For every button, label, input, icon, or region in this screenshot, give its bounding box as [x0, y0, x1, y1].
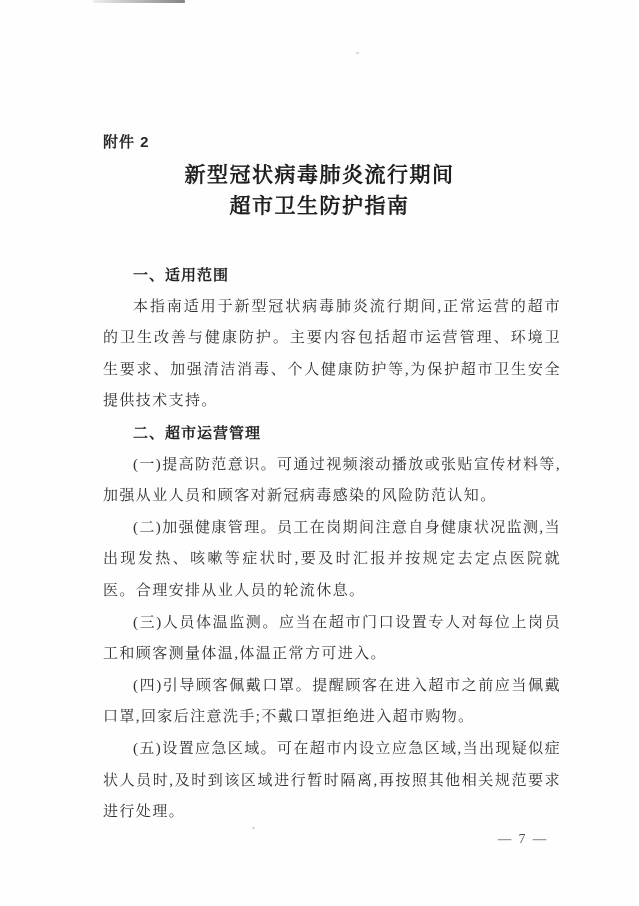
- paragraph-temperature-monitoring: (三)人员体温监测。应当在超市门口设置专人对每位上岗员工和顾客测量体温,体温正常…: [103, 608, 561, 671]
- document-title: 新型冠状病毒肺炎流行期间 超市卫生防护指南: [0, 160, 639, 222]
- document-page: 附件 2 新型冠状病毒肺炎流行期间 超市卫生防护指南 一、适用范围 本指南适用于…: [0, 0, 639, 906]
- paragraph-emergency-area: (五)设置应急区域。可在超市内设立应急区域,当出现疑似症状人员时,及时到该区域进…: [103, 734, 561, 829]
- document-title-line2: 超市卫生防护指南: [0, 191, 639, 222]
- paragraph-mask-guidance: (四)引导顾客佩戴口罩。提醒顾客在进入超市之前应当佩戴口罩,回家后注意洗手;不戴…: [103, 671, 561, 734]
- section-heading-scope: 一、适用范围: [103, 260, 561, 292]
- scan-artifact-streak: [93, 0, 185, 3]
- page-number: — 7 —: [478, 831, 568, 847]
- paragraph-health-management: (二)加强健康管理。员工在岗期间注意自身健康状况监测,当出现发热、咳嗽等症状时,…: [103, 513, 561, 608]
- attachment-label: 附件 2: [103, 131, 150, 152]
- paragraph-scope: 本指南适用于新型冠状病毒肺炎流行期间,正常运营的超市的卫生改善与健康防护。主要内…: [103, 292, 561, 418]
- document-body: 一、适用范围 本指南适用于新型冠状病毒肺炎流行期间,正常运营的超市的卫生改善与健…: [103, 260, 561, 829]
- paragraph-awareness: (一)提高防范意识。可通过视频滚动播放或张贴宣传材料等,加强从业人员和顾客对新冠…: [103, 450, 561, 513]
- document-title-line1: 新型冠状病毒肺炎流行期间: [0, 160, 639, 191]
- section-heading-operations: 二、超市运营管理: [103, 418, 561, 450]
- scan-artifact-speck: [356, 52, 359, 54]
